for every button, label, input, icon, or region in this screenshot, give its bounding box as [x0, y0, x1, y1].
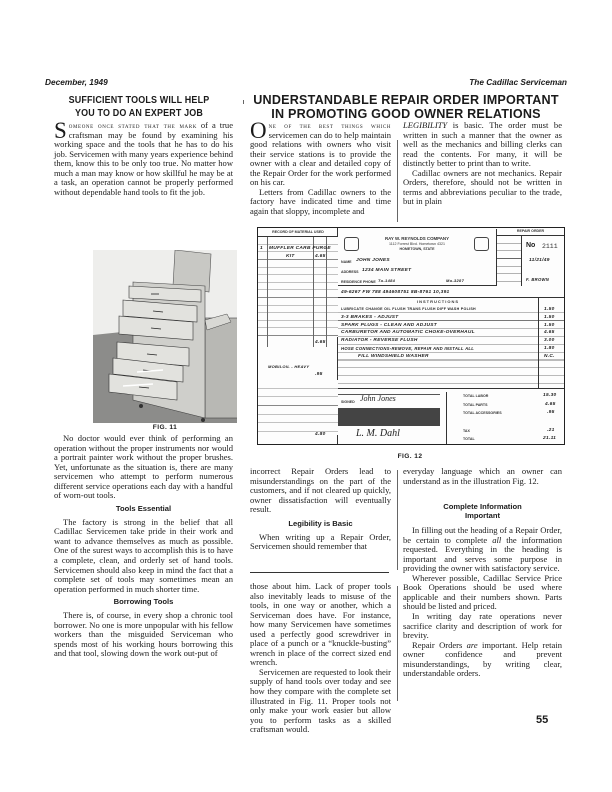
material-desc: MUFFLER CARB PURGE [269, 246, 331, 251]
left-body-column: No doctor would ever think of performing… [54, 434, 233, 659]
company-name: RAY W. REYNOLDS COMPANY [338, 236, 496, 241]
right-intro-column: One of the best things which servicemen … [250, 121, 391, 216]
total-value: .95 [547, 410, 555, 415]
right-bottom-column-a: incorrect Repair Orders lead to misunder… [250, 467, 391, 552]
gas-oil-desc: MOBILOIL - HEAVY [268, 364, 309, 369]
owner-signature: John Jones [360, 394, 396, 403]
right-top-column-b: LEGIBILITY is basic. The order must be w… [403, 121, 562, 207]
left-title-line-1: SUFFICIENT TOOLS WILL HELP [58, 95, 220, 108]
left-intro-paragraph: Someone once stated that the mark of a t… [54, 121, 233, 197]
instruction-amount: 4.65 [544, 330, 555, 335]
legibility-italic: LEGIBILITY [403, 120, 447, 130]
total-value: .21 [547, 428, 555, 433]
order-number: 2111 [542, 243, 558, 250]
number-label: No [526, 242, 535, 249]
total-gas-oil: 4.80 [315, 432, 326, 437]
paragraph-text: servicemen can do to help maintain good … [250, 130, 391, 188]
paragraph-day-rate: In writing day rate operations never sac… [403, 612, 562, 641]
left-intro-column: Someone once stated that the mark of a t… [54, 121, 233, 197]
total-value: 4.65 [545, 402, 556, 407]
paragraph-misuse-tools: those about him. Lack of proper tools al… [250, 582, 391, 668]
paragraph-text: of a true craftsman may be found by exam… [54, 120, 233, 197]
instruction-line: HOSE CONNECTIONS-REMOVE, REPAIR AND INST… [341, 346, 474, 351]
subhead-line-1: Complete Information [403, 502, 562, 511]
subhead-tools-essential: Tools Essential [54, 504, 233, 513]
paragraph-filling-heading: In filling out the heading of a Repair O… [403, 526, 562, 574]
phone-label: RESIDENCE PHONE [341, 280, 376, 284]
instruction-line: FILL WINDSHIELD WASHER [358, 354, 429, 359]
continuation-rule [250, 572, 389, 573]
paragraph-when-writing: When writing up a Repair Order, Servicem… [250, 533, 391, 552]
paragraph-letters-top: Letters from Cadillac owners to the fact… [250, 188, 391, 217]
amount-column-divider [538, 298, 539, 388]
left-article-title: SUFFICIENT TOOLS WILL HELP YOU TO DO AN … [58, 95, 220, 120]
paragraph-check-supply: Servicemen are requested to look their s… [250, 668, 391, 735]
total-label: TOTAL LABOR [463, 394, 488, 398]
paragraph-price-book: Wherever possible, Cadillac Service Pric… [403, 574, 562, 612]
signature-label: SIGNED [341, 400, 355, 404]
residence-phone: Tu-1484 [378, 278, 395, 283]
paragraph-tool-borrower: There is, of course, in every shop a chr… [54, 611, 233, 659]
totals-box: TOTAL LABOR 15.30 TOTAL PARTS 4.65 TOTAL… [446, 392, 564, 444]
instruction-amount: 3.00 [544, 338, 555, 343]
vehicle-info: 49-6267 FW 788 494608751 8B-8761 10,391 [341, 290, 450, 295]
material-price: 4.65 [315, 254, 326, 259]
subhead-legibility-basic: Legibility is Basic [250, 519, 391, 528]
total-label: TOTAL PARTS [463, 403, 488, 407]
instruction-line: LUBRICATE CHANGE OIL FLUSH TRANS FLUSH D… [341, 307, 476, 311]
right-article-title: UNDERSTANDABLE REPAIR ORDER IMPORTANT IN… [250, 94, 562, 121]
subhead-borrowing-tools: Borrowing Tools [54, 597, 233, 606]
company-header: RAY W. REYNOLDS COMPANY 1112 Forrest Blv… [338, 228, 496, 286]
materials-section: RECORD OF MATERIAL USED 1 MUFFLER CARB P… [258, 228, 338, 444]
instruction-line: CARBURETOR AND AUTOMATIC CHOKE-OVERHAUL [341, 330, 475, 335]
figure-11-toolbox-photo [93, 250, 237, 423]
subhead-complete-information: Complete Information Important [403, 502, 562, 520]
materials-col-divider [313, 237, 314, 347]
figure-11-caption: FIG. 11 [93, 424, 237, 431]
running-head-publication: The Cadillac Serviceman [467, 77, 567, 87]
paragraph-legibility: LEGIBILITY is basic. The order must be w… [403, 121, 562, 169]
total-label: TAX [463, 429, 470, 433]
instructions-header: INSTRUCTIONS [338, 299, 538, 304]
instruction-amount: N.C. [544, 354, 555, 359]
material-qty: 1 [260, 246, 263, 251]
materials-header: RECORD OF MATERIAL USED [258, 229, 338, 237]
company-address: 1112 Forrest Blvd. Hometown 4321 [338, 242, 496, 246]
materials-col-divider [326, 237, 327, 347]
figure-12-repair-order-form: RECORD OF MATERIAL USED 1 MUFFLER CARB P… [257, 227, 565, 445]
left-title-line-2: YOU TO DO AN EXPERT JOB [58, 108, 220, 121]
customer-address: 1234 MAIN STREET [362, 268, 411, 273]
column-divider-tick [243, 100, 244, 104]
customer-name: JOHN JONES [356, 258, 390, 263]
fine-print-block [338, 408, 440, 426]
instruction-amount: 1.50 [544, 307, 555, 312]
right-title-line-2: IN PROMOTING GOOD OWNER RELATIONS [250, 108, 562, 122]
column-divider-top [397, 140, 398, 222]
right-title-line-1: UNDERSTANDABLE REPAIR ORDER IMPORTANT [250, 94, 562, 108]
running-head-date: December, 1949 [45, 77, 110, 87]
page-number: 55 [536, 714, 548, 726]
left-article-continuation: those about him. Lack of proper tools al… [250, 582, 391, 735]
vehicle-info-row: 49-6267 FW 788 494608751 8B-8761 10,391 [338, 286, 564, 298]
paragraph-letters-continued: incorrect Repair Orders lead to misunder… [250, 467, 391, 515]
material-total: 4.65 [315, 340, 326, 345]
total-label: TOTAL ACCESSORIES [463, 411, 502, 415]
signature-totals-section: SIGNED John Jones L. M. Dahl TOTAL LABOR… [338, 388, 564, 444]
instructions-section: INSTRUCTIONS LUBRICATE CHANGE OIL FLUSH … [338, 298, 564, 388]
italic-are: are [467, 640, 478, 650]
running-head: December, 1949 The Cadillac Serviceman [45, 77, 567, 89]
paragraph-everyday-language: everyday language which an owner can und… [403, 467, 562, 486]
gas-oil-amount: .95 [315, 372, 323, 377]
material-desc: KIT [286, 254, 295, 259]
business-phone: Mu-3287 [446, 278, 464, 283]
order-date: 11/21/49 [529, 258, 550, 263]
order-number-block: REPAIR ORDER No 2111 11/21/49 F. BROWN [496, 228, 564, 286]
total-value: 15.30 [543, 393, 557, 398]
total-value: 21.11 [543, 436, 556, 441]
instruction-line: 3-3 BRAKES - ADJUST [341, 315, 399, 320]
instruction-amount: 1.80 [544, 346, 555, 351]
toolbox-illustration [93, 250, 237, 423]
total-label: TOTAL [463, 437, 475, 441]
repair-order-label: REPAIR ORDER [496, 229, 564, 236]
service-writer: F. BROWN [526, 277, 549, 282]
column-divider-mid [397, 470, 398, 570]
paragraph-not-mechanics: Cadillac owners are not mechanics. Repai… [403, 169, 562, 207]
italic-all: all [492, 535, 501, 545]
paragraph-factory-belief: The factory is strong in the belief that… [54, 518, 233, 594]
gas-oil-lines [258, 380, 338, 435]
dropcap: S [54, 122, 67, 140]
column-divider-bottom [397, 586, 398, 701]
text: Repair Orders [412, 640, 467, 650]
instruction-line: SPARK PLUGS - CLEAN AND ADJUST [341, 323, 437, 328]
address-label: ADDRESS [341, 270, 359, 274]
order-info-boxes [496, 236, 522, 286]
paragraph-repair-orders-important: Repair Orders are important. Help retain… [403, 641, 562, 679]
instruction-line: RADIATOR - REVERSE FLUSH [341, 338, 418, 343]
company-city: HOMETOWN, STATE [338, 247, 496, 251]
instruction-amount: 1.50 [544, 315, 555, 320]
right-intro-paragraph: One of the best things which servicemen … [250, 121, 391, 188]
paragraph-doctor: No doctor would ever think of performing… [54, 434, 233, 501]
figure-12-caption: FIG. 12 [257, 453, 563, 460]
materials-col-divider [267, 237, 268, 347]
right-bottom-column-b: everyday language which an owner can und… [403, 467, 562, 679]
dropcap: O [250, 122, 267, 140]
subhead-line-2: Important [403, 511, 562, 520]
instruction-amount: 1.50 [544, 323, 555, 328]
name-label: NAME [341, 260, 352, 264]
inspector-signature: L. M. Dahl [356, 428, 400, 439]
